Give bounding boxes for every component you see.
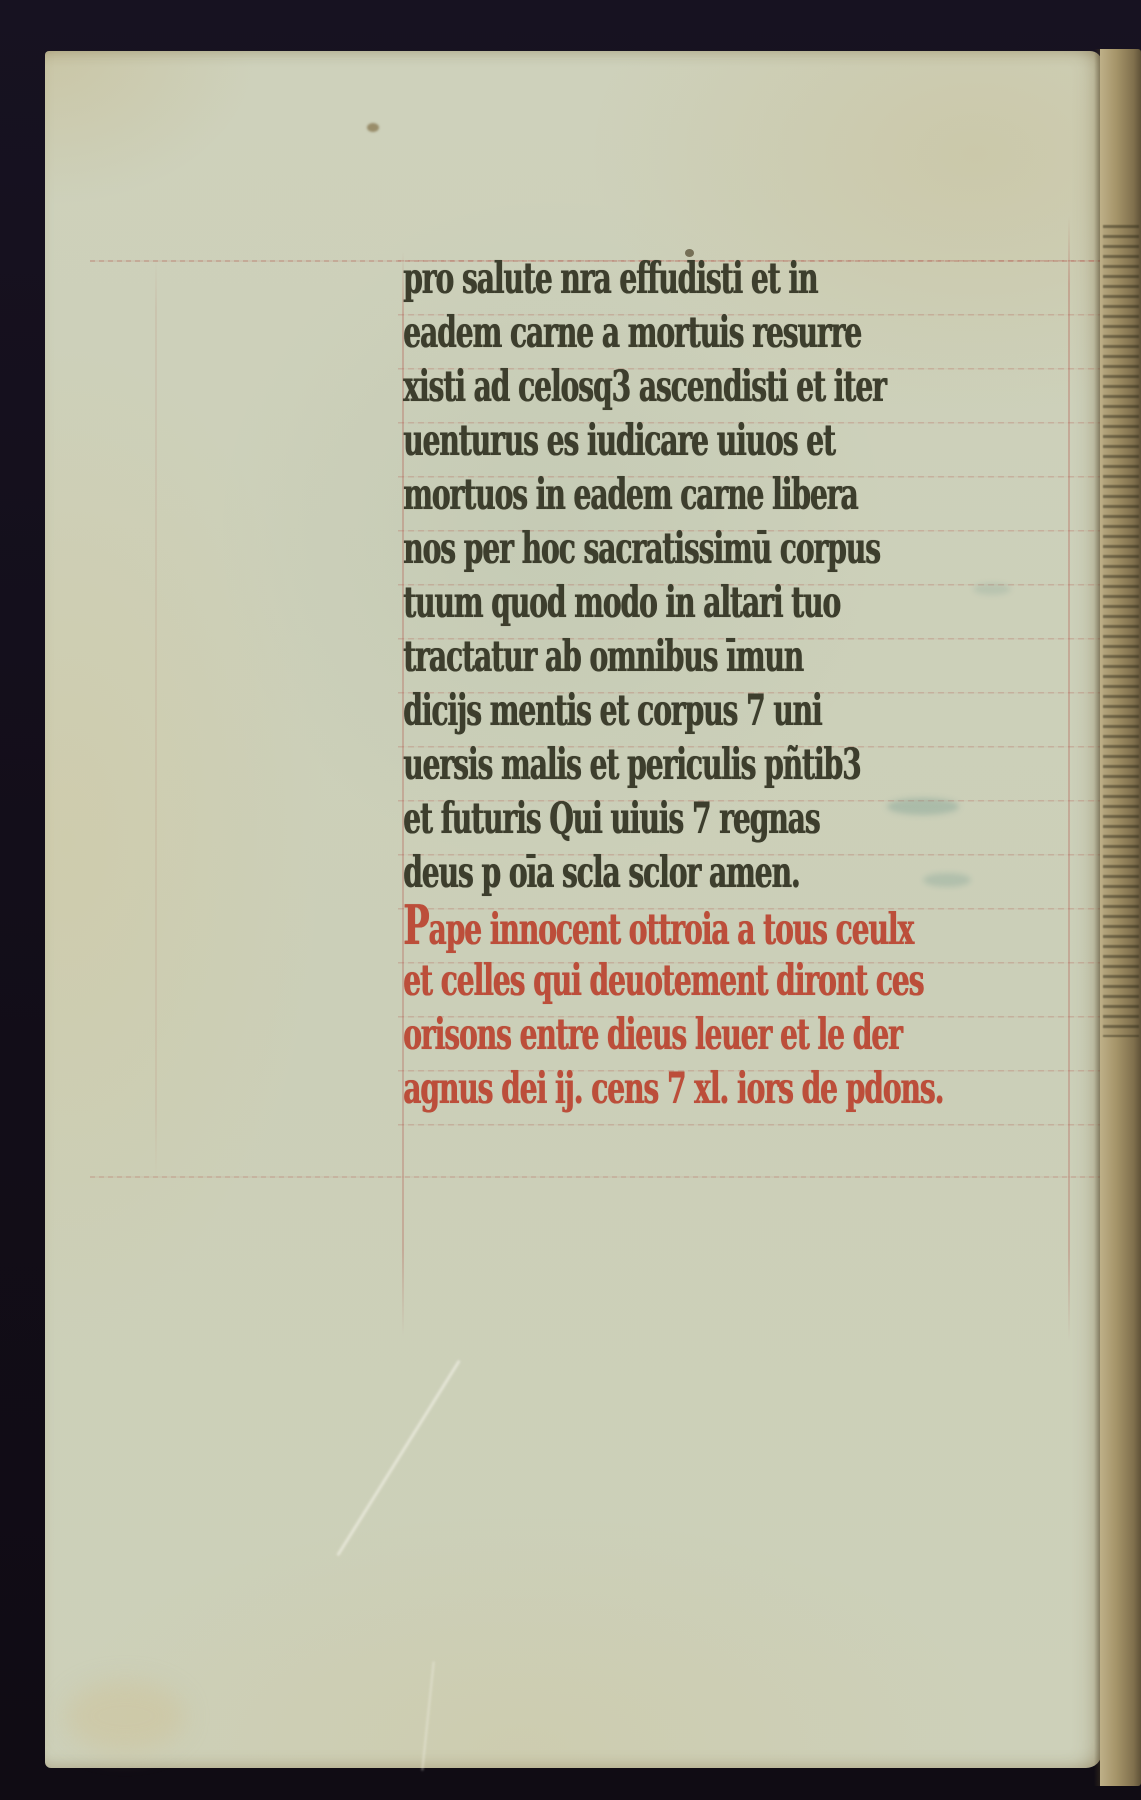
- stain: [65, 1681, 185, 1751]
- rubric-line-4: agnus dei ij. cens 7 xl. iors de pdons.: [403, 1047, 1023, 1131]
- stain: [367, 123, 379, 132]
- crease: [336, 1360, 460, 1557]
- ruling-line-right-vertical: [1068, 216, 1070, 1341]
- ruling-line-bottom: [90, 1176, 1102, 1178]
- adjacent-page-edge: [1100, 49, 1141, 1786]
- adjacent-page-text: [1103, 225, 1139, 1037]
- manuscript-page: pro salute nra effudisti et in eadem car…: [45, 51, 1102, 1768]
- manuscript-photograph: pro salute nra effudisti et in eadem car…: [0, 0, 1141, 1800]
- ruling-line-margin-vertical: [155, 256, 157, 1181]
- crease: [421, 1661, 434, 1771]
